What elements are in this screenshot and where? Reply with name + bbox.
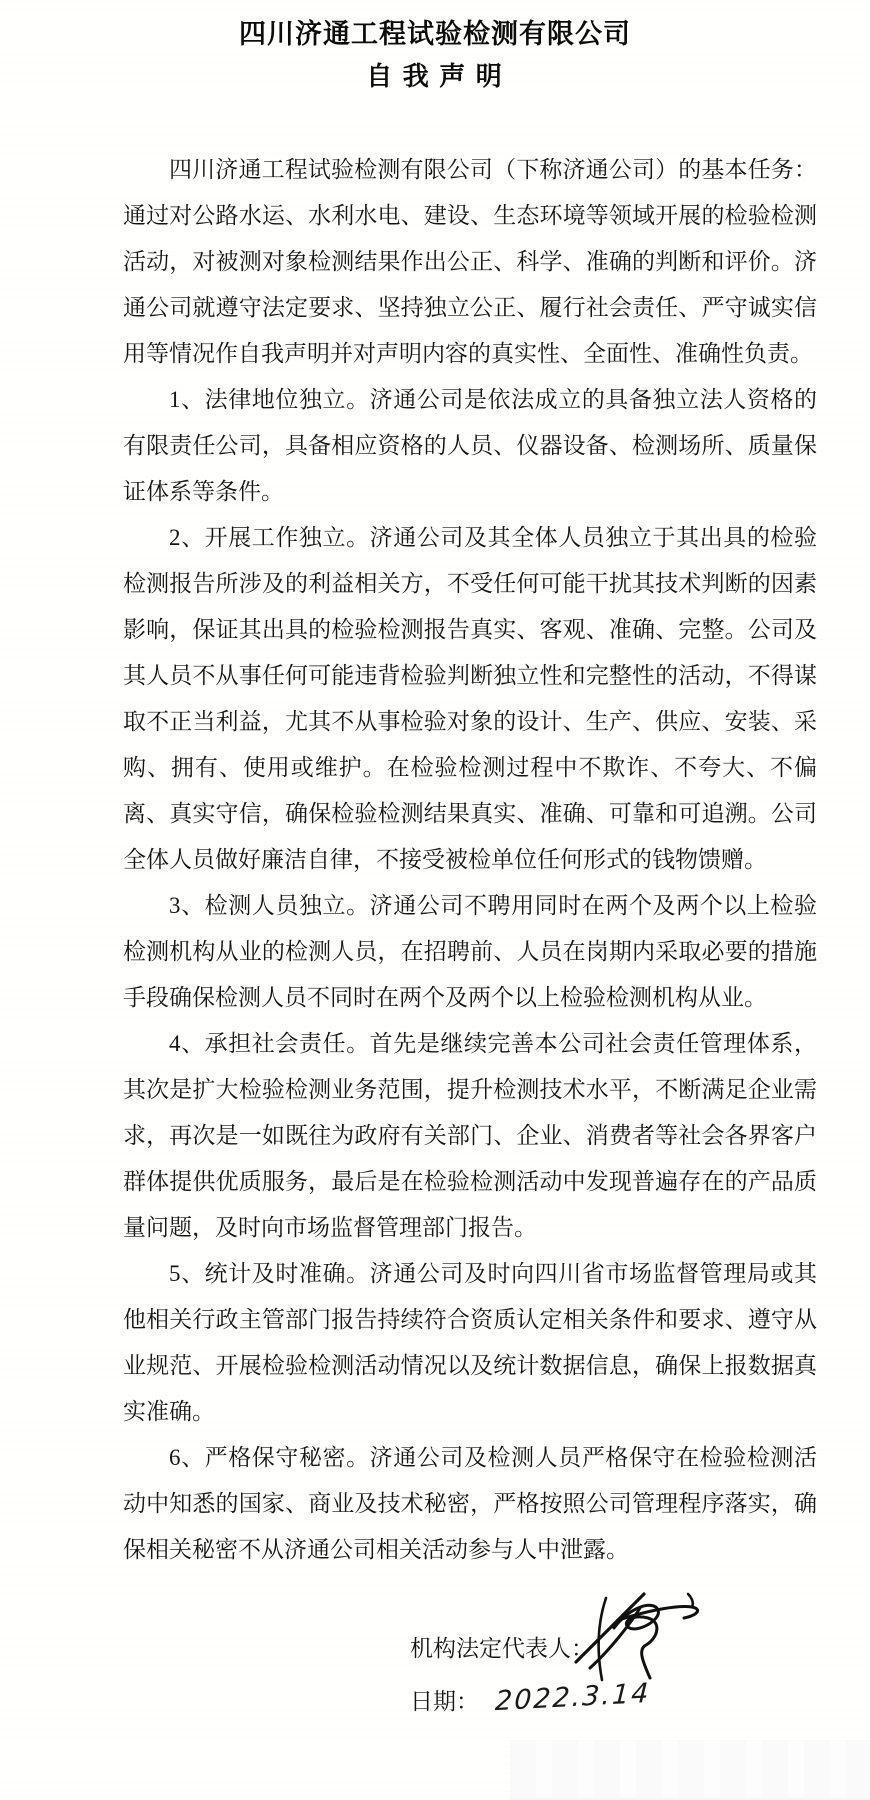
date-label: 日期： <box>410 1689 479 1714</box>
date-row: 日期： 2022.3.14 <box>410 1678 650 1724</box>
legal-representative-label: 机构法定代表人： <box>410 1636 594 1661</box>
clause-6-paragraph: 6、严格保守秘密。济通公司及检测人员严格保守在检验检测活动中知悉的国家、商业及技… <box>123 1435 817 1573</box>
clause-4-paragraph: 4、承担社会责任。首先是继续完善本公司社会责任管理体系，其次是扩大检验检测业务范… <box>123 1021 817 1251</box>
clause-2-paragraph: 2、开展工作独立。济通公司及其全体人员独立于其出具的检验检测报告所涉及的利益相关… <box>123 515 817 883</box>
declaration-body: 四川济通工程试验检测有限公司（下称济通公司）的基本任务：通过对公路水运、水利水电… <box>123 147 817 1573</box>
document-subtitle: 自 我 声 明 <box>0 56 870 93</box>
company-title: 四川济通工程试验检测有限公司 <box>0 12 870 51</box>
scanner-artifact-band <box>510 1740 870 1800</box>
legal-representative-row: 机构法定代表人： <box>410 1626 650 1672</box>
signature-icon <box>570 1588 722 1684</box>
clause-5-paragraph: 5、统计及时准确。济通公司及时向四川省市场监督管理局或其他相关行政主管部门报告持… <box>123 1251 817 1435</box>
intro-paragraph: 四川济通工程试验检测有限公司（下称济通公司）的基本任务：通过对公路水运、水利水电… <box>123 147 817 377</box>
signature-block: 机构法定代表人： 日期： 2022.3.14 <box>410 1626 650 1724</box>
date-value: 2022.3.14 <box>494 1671 652 1725</box>
clause-1-paragraph: 1、法律地位独立。济通公司是依法成立的具备独立法人资格的有限责任公司，具备相应资… <box>123 377 817 515</box>
clause-3-paragraph: 3、检测人员独立。济通公司不聘用同时在两个及两个以上检验检测机构从业的检测人员，… <box>123 883 817 1021</box>
scanned-declaration-page: 四川济通工程试验检测有限公司 自 我 声 明 四川济通工程试验检测有限公司（下称… <box>0 0 870 1800</box>
